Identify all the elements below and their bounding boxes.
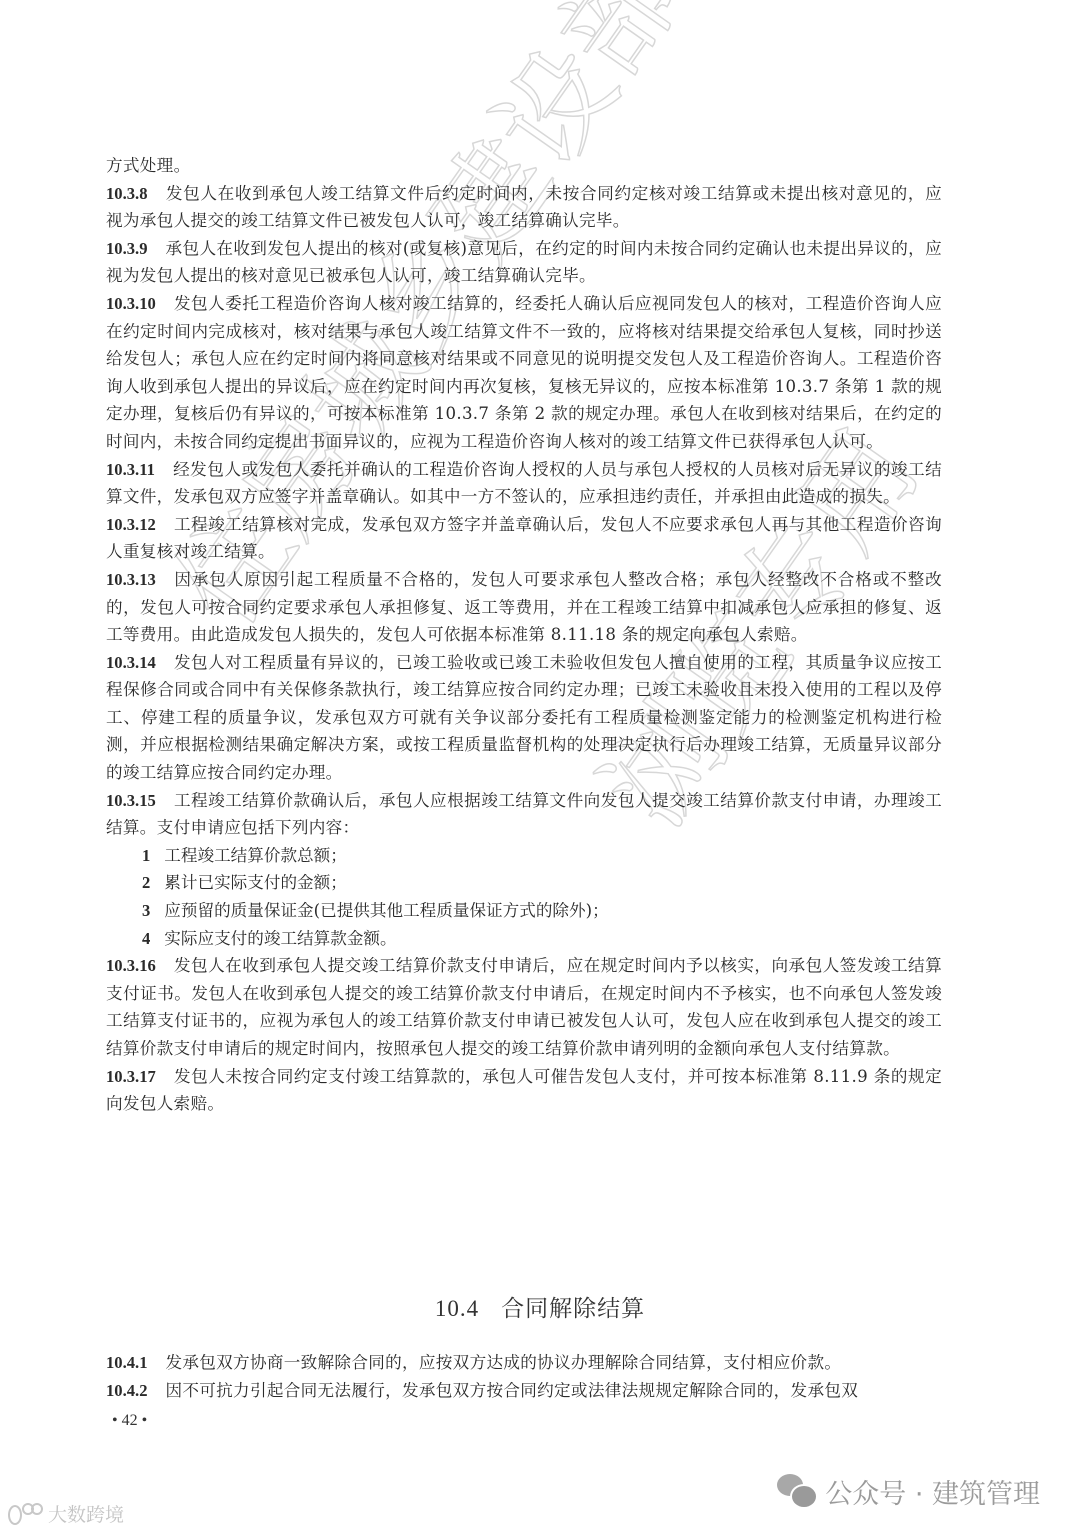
item-text: 工程竣工结算价款总额；	[164, 846, 347, 865]
clause-10-3-9: 10.3.9承包人在收到发包人提出的核对(或复核)意见后，在约定的时间内未按合同…	[106, 235, 942, 290]
clause-number: 10.3.13	[106, 570, 156, 589]
item-number: 3	[142, 901, 150, 920]
clause-text: 发包人对工程质量有异议的，已竣工验收或已竣工未验收但发包人擅自使用的工程，其质量…	[106, 653, 942, 782]
clause-text: 发承包双方协商一致解除合同的，应按双方达成的协议办理解除合同结算，支付相应价款。	[165, 1353, 841, 1372]
clause-10-3-11: 10.3.11经发包人或发包人委托并确认的工程造价咨询人授权的人员与承包人授权的…	[106, 456, 942, 511]
clause-text: 工程竣工结算价款确认后，承包人应根据竣工结算文件向发包人提交竣工结算价款支付申请…	[106, 791, 942, 838]
clause-10-3-15: 10.3.15工程竣工结算价款确认后，承包人应根据竣工结算文件向发包人提交竣工结…	[106, 787, 942, 842]
clause-10-3-12: 10.3.12工程竣工结算核对完成，发承包双方签字并盖章确认后，发包人不应要求承…	[106, 511, 942, 566]
clause-number: 10.4.1	[106, 1353, 147, 1372]
lead-line: 方式处理。	[106, 152, 942, 180]
item-text: 实际应支付的竣工结算款金额。	[164, 929, 396, 948]
clause-10-3-16: 10.3.16发包人在收到承包人提交竣工结算价款支付申请后，应在规定时间内予以核…	[106, 952, 942, 1062]
section-clause-list: 10.4.1发承包双方协商一致解除合同的，应按双方达成的协议办理解除合同结算，支…	[106, 1349, 942, 1404]
brand-watermark: 大数跨境	[8, 1500, 124, 1527]
clause-10-3-10: 10.3.10发包人委托工程造价咨询人核对竣工结算的，经委托人确认后应视同发包人…	[106, 290, 942, 456]
section-heading: 10.4合同解除结算	[0, 1290, 1080, 1323]
clause-number: 10.3.14	[106, 653, 156, 672]
clause-text: 工程竣工结算核对完成，发承包双方签字并盖章确认后，发包人不应要求承包人再与其他工…	[106, 515, 942, 562]
clause-10-3-17: 10.3.17发包人未按合同约定支付竣工结算款的，承包人可催告发包人支付，并可按…	[106, 1063, 942, 1118]
section-title: 合同解除结算	[501, 1296, 645, 1322]
clause-number: 10.3.12	[106, 515, 156, 534]
wechat-icon	[777, 1474, 817, 1510]
clause-number: 10.3.8	[106, 184, 147, 203]
clause-number: 10.3.17	[106, 1067, 156, 1086]
brand-logo-icon	[8, 1503, 44, 1525]
clause-text: 承包人在收到发包人提出的核对(或复核)意见后，在约定的时间内未按合同约定确认也未…	[106, 239, 942, 286]
item-number: 4	[142, 929, 150, 948]
clause-text: 发包人委托工程造价咨询人核对竣工结算的，经委托人确认后应视同发包人的核对，工程造…	[106, 294, 942, 451]
clause-number: 10.3.16	[106, 956, 156, 975]
clause-number: 10.3.9	[106, 239, 147, 258]
brand-label: 大数跨境	[48, 1500, 124, 1527]
document-page: 住房城乡建设部信息公开 浏览专用 方式处理。 10.3.8发包人在收到承包人竣工…	[0, 0, 1080, 1530]
clause-10-3-14: 10.3.14发包人对工程质量有异议的，已竣工验收或已竣工未验收但发包人擅自使用…	[106, 649, 942, 787]
clause-number: 10.4.2	[106, 1381, 147, 1400]
clause-10-4-1: 10.4.1发承包双方协商一致解除合同的，应按双方达成的协议办理解除合同结算，支…	[106, 1349, 942, 1377]
item-text: 累计已实际支付的金额；	[164, 873, 347, 892]
list-item: 4实际应支付的竣工结算款金额。	[106, 925, 942, 953]
list-item: 3应预留的质量保证金(已提供其他工程质量保证方式的除外)；	[106, 897, 942, 925]
clause-10-3-8: 10.3.8发包人在收到承包人竣工结算文件后约定时间内，未按合同约定核对竣工结算…	[106, 180, 942, 235]
clause-text: 发包人未按合同约定支付竣工结算款的，承包人可催告发包人支付，并可按本标准第 8.…	[106, 1067, 942, 1114]
item-text: 应预留的质量保证金(已提供其他工程质量保证方式的除外)；	[164, 901, 608, 920]
section-number: 10.4	[435, 1296, 479, 1321]
clause-10-3-13: 10.3.13因承包人原因引起工程质量不合格的，发包人可要求承包人整改合格；承包…	[106, 566, 942, 649]
list-item: 2累计已实际支付的金额；	[106, 869, 942, 897]
clause-number: 10.3.11	[106, 460, 155, 479]
clause-text: 发包人在收到承包人竣工结算文件后约定时间内，未按合同约定核对竣工结算或未提出核对…	[106, 184, 942, 231]
clause-text: 因不可抗力引起合同无法履行，发承包双方按合同约定或法律法规规定解除合同的，发承包…	[165, 1381, 858, 1400]
wechat-account-label: 公众号 · 建筑管理	[825, 1472, 1040, 1511]
clause-text: 发包人在收到承包人提交竣工结算价款支付申请后，应在规定时间内予以核实，向承包人签…	[106, 956, 942, 1058]
clause-text: 经发包人或发包人委托并确认的工程造价咨询人授权的人员与承包人授权的人员核对后无异…	[106, 460, 942, 507]
clause-text: 因承包人原因引起工程质量不合格的，发包人可要求承包人整改合格；承包人经整改不合格…	[106, 570, 942, 644]
clause-10-4-2: 10.4.2因不可抗力引起合同无法履行，发承包双方按合同约定或法律法规规定解除合…	[106, 1377, 942, 1405]
page-number: • 42 •	[112, 1412, 147, 1430]
item-number: 1	[142, 846, 150, 865]
item-number: 2	[142, 873, 150, 892]
list-item: 1工程竣工结算价款总额；	[106, 842, 942, 870]
wechat-account-badge: 公众号 · 建筑管理	[777, 1472, 1040, 1511]
clause-list: 方式处理。 10.3.8发包人在收到承包人竣工结算文件后约定时间内，未按合同约定…	[106, 152, 942, 1118]
clause-number: 10.3.10	[106, 294, 156, 313]
clause-number: 10.3.15	[106, 791, 156, 810]
